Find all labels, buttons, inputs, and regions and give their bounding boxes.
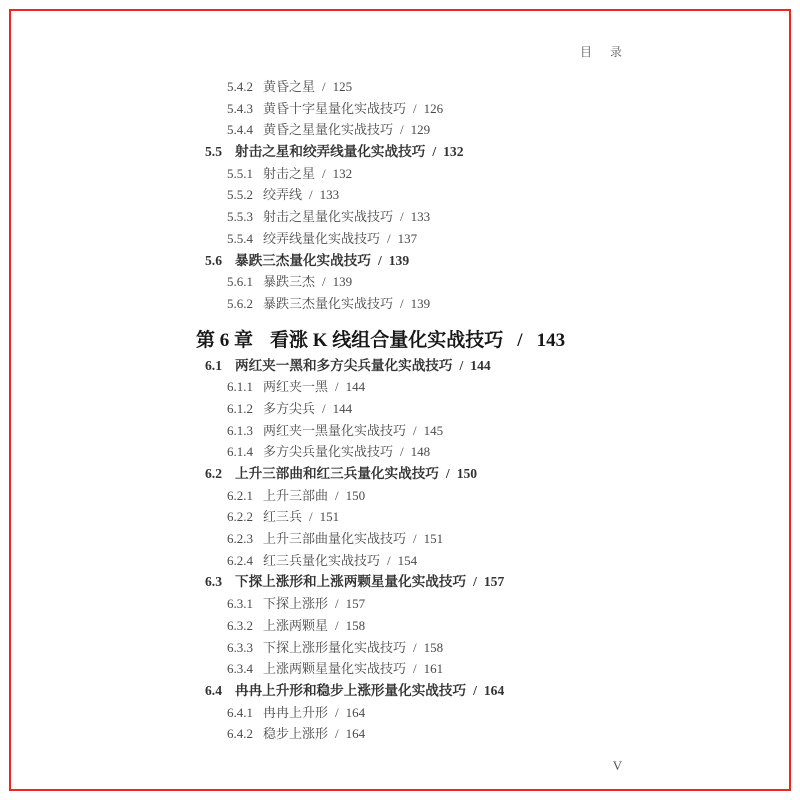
toc-entry: 5.5.1射击之星/132 <box>0 163 800 185</box>
entry-number: 6.2.1 <box>227 488 253 503</box>
entry-page: 125 <box>333 79 353 94</box>
entry-page: 157 <box>346 596 366 611</box>
entry-title: 暴跌三杰量化实战技巧 <box>263 296 393 311</box>
entry-title: 稳步上涨形 <box>263 726 328 741</box>
entry-separator: / <box>400 122 404 137</box>
entry-separator: / <box>322 274 326 289</box>
entry-page: 161 <box>424 661 444 676</box>
entry-page: 144 <box>333 401 353 416</box>
entry-separator: / <box>413 423 417 438</box>
entry-title: 黄昏十字星量化实战技巧 <box>263 101 406 116</box>
entry-separator: / <box>460 358 464 373</box>
entry-title: 黄昏之星量化实战技巧 <box>263 122 393 137</box>
entry-number: 6.4 <box>205 683 222 698</box>
entry-number: 5.5.2 <box>227 187 253 202</box>
toc-list-chapter6: 6.1两红夹一黑和多方尖兵量化实战技巧/144 6.1.1两红夹一黑/144 6… <box>0 355 800 745</box>
entry-page: 132 <box>443 144 463 159</box>
entry-separator: / <box>387 231 391 246</box>
entry-page: 158 <box>424 640 444 655</box>
page-number: V <box>606 758 630 774</box>
toc-entry: 6.1.4多方尖兵量化实战技巧/148 <box>0 441 800 463</box>
entry-page: 148 <box>411 444 431 459</box>
entry-title: 红三兵量化实战技巧 <box>263 553 380 568</box>
entry-separator: / <box>335 726 339 741</box>
toc-entry: 5.6暴跌三杰量化实战技巧/139 <box>0 250 800 272</box>
entry-number: 6.3.4 <box>227 661 253 676</box>
entry-number: 6.3.3 <box>227 640 253 655</box>
entry-number: 6.1.3 <box>227 423 253 438</box>
entry-separator: / <box>413 661 417 676</box>
entry-title: 上涨两颗星量化实战技巧 <box>263 661 406 676</box>
entry-separator: / <box>432 144 436 159</box>
toc-entry: 6.3下探上涨形和上涨两颗星量化实战技巧/157 <box>0 571 800 593</box>
toc-entry: 6.1.2多方尖兵/144 <box>0 398 800 420</box>
entry-number: 6.3 <box>205 574 222 589</box>
chapter-title: 看涨 K 线组合量化实战技巧 <box>270 330 503 351</box>
entry-separator: / <box>335 379 339 394</box>
entry-title: 暴跌三杰 <box>263 274 315 289</box>
entry-separator: / <box>413 101 417 116</box>
entry-page: 164 <box>484 683 504 698</box>
toc-entry: 6.3.4上涨两颗星量化实战技巧/161 <box>0 658 800 680</box>
entry-page: 126 <box>424 101 444 116</box>
entry-number: 5.4.3 <box>227 101 253 116</box>
entry-page: 139 <box>389 253 409 268</box>
entry-page: 164 <box>346 726 366 741</box>
entry-number: 6.2.4 <box>227 553 253 568</box>
entry-number: 5.5.1 <box>227 166 253 181</box>
chapter-label: 第 6 章 <box>196 330 253 351</box>
toc-entry: 5.5射击之星和绞弄线量化实战技巧/132 <box>0 141 800 163</box>
toc-entry: 6.2.4红三兵量化实战技巧/154 <box>0 550 800 572</box>
entry-separator: / <box>309 187 313 202</box>
entry-title: 下探上涨形和上涨两颗星量化实战技巧 <box>235 574 466 589</box>
entry-page: 164 <box>346 705 366 720</box>
entry-number: 5.6.1 <box>227 274 253 289</box>
entry-number: 5.6 <box>205 253 222 268</box>
toc-entry: 5.6.1暴跌三杰/139 <box>0 271 800 293</box>
entry-title: 上涨两颗星 <box>263 618 328 633</box>
chapter-separator: / <box>517 330 522 351</box>
toc-content: 5.4.2黄昏之星/125 5.4.3黄昏十字星量化实战技巧/126 5.4.4… <box>0 76 800 745</box>
toc-entry: 6.1.3两红夹一黑量化实战技巧/145 <box>0 420 800 442</box>
toc-entry: 5.6.2暴跌三杰量化实战技巧/139 <box>0 293 800 315</box>
entry-separator: / <box>322 79 326 94</box>
entry-separator: / <box>335 705 339 720</box>
entry-separator: / <box>413 640 417 655</box>
entry-number: 6.1.4 <box>227 444 253 459</box>
entry-page: 139 <box>411 296 431 311</box>
chapter-heading: 第 6 章看涨 K 线组合量化实战技巧/143 <box>196 328 800 353</box>
entry-number: 6.2.2 <box>227 509 253 524</box>
entry-separator: / <box>335 596 339 611</box>
entry-page: 144 <box>470 358 490 373</box>
entry-number: 5.4.4 <box>227 122 253 137</box>
toc-list-chapter5: 5.4.2黄昏之星/125 5.4.3黄昏十字星量化实战技巧/126 5.4.4… <box>0 76 800 315</box>
entry-title: 冉冉上升形 <box>263 705 328 720</box>
entry-title: 射击之星量化实战技巧 <box>263 209 393 224</box>
chapter-page: 143 <box>537 330 566 351</box>
entry-title: 射击之星和绞弄线量化实战技巧 <box>235 144 425 159</box>
entry-separator: / <box>322 166 326 181</box>
entry-number: 6.4.2 <box>227 726 253 741</box>
toc-entry: 6.2.2红三兵/151 <box>0 506 800 528</box>
entry-separator: / <box>473 574 477 589</box>
entry-page: 133 <box>320 187 340 202</box>
entry-separator: / <box>400 209 404 224</box>
running-header: 目 录 <box>580 43 625 60</box>
toc-entry: 6.2.1上升三部曲/150 <box>0 485 800 507</box>
toc-entry: 5.4.2黄昏之星/125 <box>0 76 800 98</box>
entry-page: 139 <box>333 274 353 289</box>
entry-title: 两红夹一黑量化实战技巧 <box>263 423 406 438</box>
entry-number: 6.1.1 <box>227 379 253 394</box>
entry-page: 154 <box>398 553 418 568</box>
entry-page: 133 <box>411 209 431 224</box>
entry-page: 150 <box>346 488 366 503</box>
toc-entry: 6.3.3下探上涨形量化实战技巧/158 <box>0 637 800 659</box>
toc-entry: 6.3.1下探上涨形/157 <box>0 593 800 615</box>
entry-title: 冉冉上升形和稳步上涨形量化实战技巧 <box>235 683 466 698</box>
entry-separator: / <box>446 466 450 481</box>
entry-number: 6.1 <box>205 358 222 373</box>
toc-entry: 6.2上升三部曲和红三兵量化实战技巧/150 <box>0 463 800 485</box>
entry-number: 6.4.1 <box>227 705 253 720</box>
toc-entry: 5.5.2绞弄线/133 <box>0 184 800 206</box>
entry-title: 下探上涨形 <box>263 596 328 611</box>
entry-number: 5.6.2 <box>227 296 253 311</box>
entry-title: 射击之星 <box>263 166 315 181</box>
entry-number: 6.1.2 <box>227 401 253 416</box>
entry-separator: / <box>400 444 404 459</box>
toc-entry: 5.4.3黄昏十字星量化实战技巧/126 <box>0 98 800 120</box>
entry-page: 151 <box>320 509 340 524</box>
toc-entry: 5.4.4黄昏之星量化实战技巧/129 <box>0 119 800 141</box>
entry-number: 5.5.4 <box>227 231 253 246</box>
toc-entry: 6.4.1冉冉上升形/164 <box>0 702 800 724</box>
entry-page: 144 <box>346 379 366 394</box>
entry-title: 上升三部曲量化实战技巧 <box>263 531 406 546</box>
entry-page: 132 <box>333 166 353 181</box>
entry-number: 6.2 <box>205 466 222 481</box>
entry-title: 上升三部曲 <box>263 488 328 503</box>
entry-number: 6.2.3 <box>227 531 253 546</box>
entry-title: 黄昏之星 <box>263 79 315 94</box>
entry-page: 158 <box>346 618 366 633</box>
entry-page: 145 <box>424 423 444 438</box>
toc-entry: 6.1.1两红夹一黑/144 <box>0 376 800 398</box>
entry-title: 两红夹一黑 <box>263 379 328 394</box>
entry-page: 150 <box>457 466 477 481</box>
entry-separator: / <box>473 683 477 698</box>
entry-separator: / <box>335 618 339 633</box>
entry-title: 两红夹一黑和多方尖兵量化实战技巧 <box>235 358 453 373</box>
toc-entry: 6.3.2上涨两颗星/158 <box>0 615 800 637</box>
toc-page: 目 录 5.4.2黄昏之星/125 5.4.3黄昏十字星量化实战技巧/126 5… <box>0 0 800 800</box>
entry-title: 上升三部曲和红三兵量化实战技巧 <box>235 466 439 481</box>
entry-page: 151 <box>424 531 444 546</box>
toc-entry: 5.5.4绞弄线量化实战技巧/137 <box>0 228 800 250</box>
toc-entry: 6.2.3上升三部曲量化实战技巧/151 <box>0 528 800 550</box>
entry-title: 红三兵 <box>263 509 302 524</box>
entry-title: 多方尖兵量化实战技巧 <box>263 444 393 459</box>
entry-number: 5.5 <box>205 144 222 159</box>
entry-number: 5.4.2 <box>227 79 253 94</box>
entry-page: 137 <box>398 231 418 246</box>
toc-entry: 6.4冉冉上升形和稳步上涨形量化实战技巧/164 <box>0 680 800 702</box>
entry-title: 绞弄线 <box>263 187 302 202</box>
toc-entry: 5.5.3射击之星量化实战技巧/133 <box>0 206 800 228</box>
entry-title: 多方尖兵 <box>263 401 315 416</box>
entry-separator: / <box>335 488 339 503</box>
toc-entry: 6.1两红夹一黑和多方尖兵量化实战技巧/144 <box>0 355 800 377</box>
entry-title: 绞弄线量化实战技巧 <box>263 231 380 246</box>
entry-separator: / <box>378 253 382 268</box>
entry-page: 129 <box>411 122 431 137</box>
entry-title: 下探上涨形量化实战技巧 <box>263 640 406 655</box>
entry-separator: / <box>322 401 326 416</box>
entry-number: 6.3.1 <box>227 596 253 611</box>
entry-separator: / <box>387 553 391 568</box>
entry-number: 5.5.3 <box>227 209 253 224</box>
entry-separator: / <box>400 296 404 311</box>
toc-entry: 6.4.2稳步上涨形/164 <box>0 723 800 745</box>
entry-title: 暴跌三杰量化实战技巧 <box>235 253 371 268</box>
entry-page: 157 <box>484 574 504 589</box>
entry-separator: / <box>309 509 313 524</box>
entry-separator: / <box>413 531 417 546</box>
entry-number: 6.3.2 <box>227 618 253 633</box>
